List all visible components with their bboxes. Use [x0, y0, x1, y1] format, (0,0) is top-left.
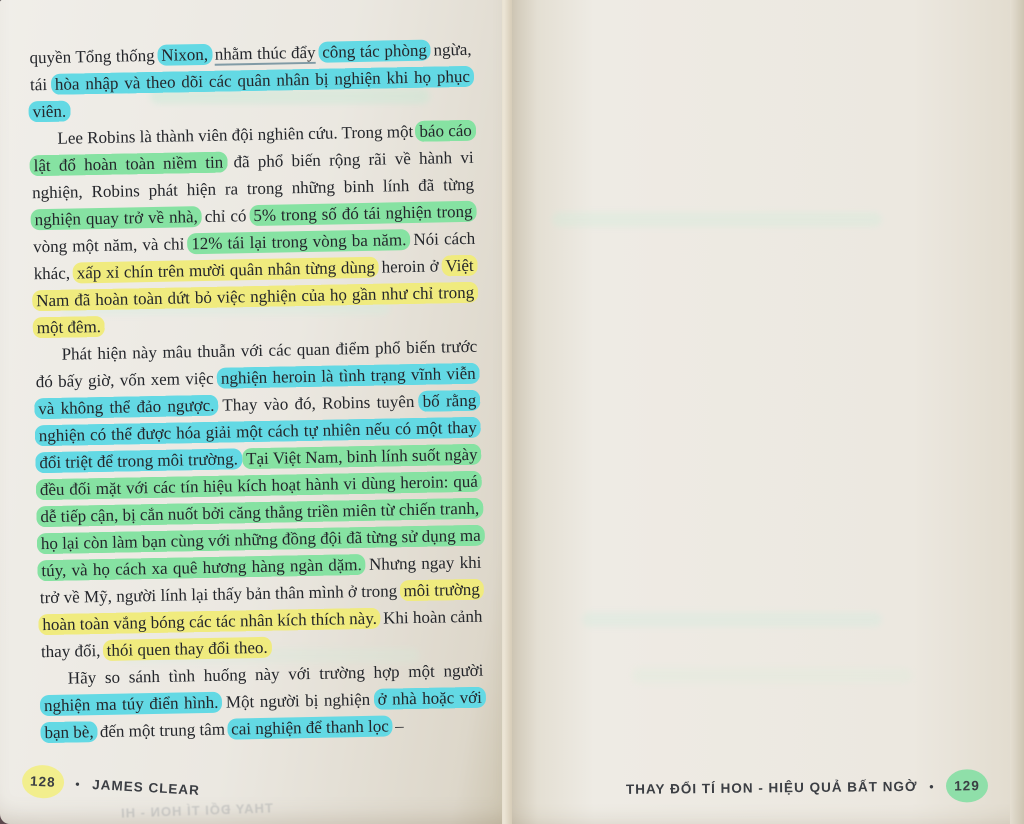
right-page-footer: THAY ĐỔI TÍ HON - HIỆU QUẢ BẤT NGỜ • 129: [626, 769, 988, 806]
text-run: quyền Tổng thống: [29, 46, 159, 67]
highlight-cyan: Nixon,: [157, 44, 212, 66]
paragraph: quyền Tổng thống Nixon, nhằm thúc đẩy cô…: [29, 36, 472, 125]
text-run: Hãy so sánh tình huống này với trường hợ…: [68, 661, 484, 688]
page-number-right: 129: [946, 769, 988, 802]
author-name: JAMES CLEAR: [92, 777, 200, 798]
text-run: nhằm thúc đẩy: [215, 43, 316, 66]
bleed-through-blob: [552, 212, 882, 227]
left-page-text: quyền Tổng thống Nixon, nhằm thúc đẩy cô…: [29, 36, 484, 746]
page-fore-edge: [1010, 0, 1024, 824]
bleed-through-blob: [632, 668, 912, 683]
footer-bullet-icon: •: [929, 780, 934, 794]
text-run: –: [391, 716, 404, 735]
highlight-cyan: công tác phòng: [318, 40, 431, 63]
text-run: đến một trung tâm: [95, 720, 229, 742]
text-run: vòng một năm, và chỉ: [33, 234, 190, 256]
left-page-footer: 128 • JAMES CLEAR: [21, 764, 201, 807]
text-run: Một người bị nghiện: [220, 690, 376, 712]
text-run: chỉ có: [200, 206, 252, 226]
paragraph: Phát hiện này mâu thuẫn với các quan điể…: [35, 333, 483, 665]
bleed-through-blob: [582, 612, 882, 627]
highlight-green: nghiện quay trở về nhà,: [30, 206, 202, 230]
footer-bullet-icon: •: [75, 777, 81, 791]
highlight-green: 5% trong số đó tái nghiện trong: [249, 201, 477, 226]
right-page: vốn không có toàn bộ các tác nhân từ môi…: [512, 0, 1024, 824]
paragraph: Hãy so sánh tình huống này với trường hợ…: [41, 657, 484, 746]
text-run: Thay vào đó, Robins tuyên: [216, 392, 421, 415]
text-run: Lee Robins là thành viên đội nghiên cứu.…: [57, 122, 417, 148]
highlight-cyan: hòa nhập và theo dõi các quân nhân bị ng…: [28, 66, 474, 123]
text-run: heroin ở: [377, 256, 444, 276]
page-number-left: 128: [21, 764, 64, 799]
highlight-yellow: xấp xỉ chín trên mười quân nhân từng dùn…: [73, 257, 380, 284]
highlight-cyan: nghiện ma túy điển hình.: [40, 692, 223, 716]
highlight-cyan: cai nghiện để thanh lọc: [227, 715, 393, 739]
book-title: THAY ĐỔI TÍ HON - HIỆU QUẢ BẤT NGỜ: [626, 779, 918, 797]
highlight-green: 12% tái lại trong vòng ba năm.: [187, 229, 410, 254]
left-page: THAY ĐỔI TÍ HON - HI quyền Tổng thống Ni…: [0, 0, 502, 824]
paragraph: Lee Robins là thành viên đội nghiên cứu.…: [31, 117, 477, 341]
highlight-yellow: thói quen thay đổi theo.: [103, 637, 272, 661]
open-book-photo: THAY ĐỔI TÍ HON - HI quyền Tổng thống Ni…: [0, 0, 1024, 824]
